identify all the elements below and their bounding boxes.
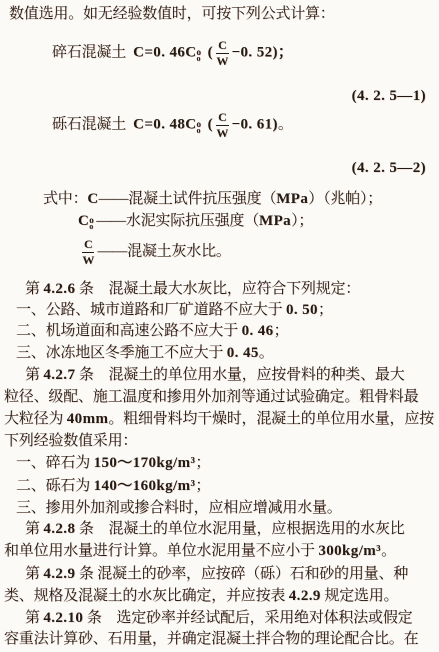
numeric-text: 4.2.10 bbox=[43, 610, 83, 626]
numeric-text: 4.2.8 bbox=[43, 521, 75, 537]
chinese-text: ——混凝土试件抗压强度（ bbox=[99, 191, 277, 207]
chinese-text: 粒径、级配、施工温度和掺用外加剂等通过试验确定。粗骨料最 bbox=[4, 389, 418, 405]
chinese-text: 条 混凝土的砂率，应按碎（砾）石和砂的用量、种 bbox=[75, 566, 408, 582]
c-zero-superscript-subscript-mark: oo bbox=[197, 121, 204, 134]
numeric-text: (4. 2. 5—2) bbox=[352, 160, 426, 176]
fraction-c-over-w: CW bbox=[216, 39, 228, 67]
chinese-text: 一、公路、城市道路和厂矿道路不应大于 bbox=[16, 302, 286, 318]
chinese-text: 。 bbox=[278, 117, 293, 133]
numeric-text: C=0. 48C bbox=[133, 117, 196, 133]
clause-4-2-6-item-3: 三、冰冻地区冬季施工不应大于 0. 45。 bbox=[16, 345, 274, 362]
chinese-text: 第 bbox=[25, 521, 43, 537]
numeric-text: (4. 2. 5—1) bbox=[352, 88, 426, 104]
chinese-text: 式中： bbox=[43, 191, 87, 207]
numeric-text: C=0. 46C bbox=[133, 45, 196, 61]
chinese-text: 类、规格及混凝土的水灰比确定，并应按表 bbox=[4, 588, 289, 604]
chinese-text: 条 选定砂率并经试配后，采用绝对体积法或假定 bbox=[83, 610, 412, 626]
numeric-text: 300kg/m³ bbox=[318, 543, 381, 559]
chinese-text: ）； bbox=[291, 213, 313, 229]
chinese-text: 。粗细骨料均干燥时，混凝土的单位用水量，应按 bbox=[108, 411, 434, 427]
clause-4-2-7-item-1: 一、碎石为 150～170kg/m³； bbox=[16, 455, 210, 472]
clause-4-2-10-line-2: 容重法计算砂、石用量，并确定混凝土拌合物的理论配合比。在 bbox=[4, 631, 418, 648]
clause-4-2-7-line-4: 下列经验数值采用： bbox=[4, 433, 137, 450]
clause-4-2-7-line-1: 第 4.2.7 条 混凝土的单位用水量，应按骨料的种类、最大 bbox=[25, 367, 405, 384]
chinese-text: 下列经验数值采用： bbox=[4, 433, 137, 449]
chinese-text: ； bbox=[195, 478, 210, 494]
numeric-text: 4.2.9 bbox=[43, 566, 75, 582]
clause-4-2-6-item-2: 二、机场道面和高速公路不应大于 0. 46； bbox=[16, 323, 288, 340]
chinese-text: 二、砾石为 bbox=[16, 478, 94, 494]
clause-4-2-10-line-1: 第 4.2.10 条 选定砂率并经试配后，采用绝对体积法或假定 bbox=[25, 610, 412, 627]
equation-number-4-2-5-2: (4. 2. 5—2) bbox=[352, 160, 426, 177]
chinese-text: ； bbox=[195, 455, 210, 471]
chinese-text: ； bbox=[274, 323, 289, 339]
numeric-text: 0. 45 bbox=[227, 345, 259, 361]
equation-number-4-2-5-1: (4. 2. 5—1) bbox=[352, 88, 426, 105]
chinese-text: 容重法计算砂、石用量，并确定混凝土拌合物的理论配合比。在 bbox=[4, 631, 418, 647]
numeric-text: −0. 52)； bbox=[232, 45, 294, 61]
clause-4-2-8-line-1: 第 4.2.8 条 混凝土的单位水泥用量，应根据选用的水灰比 bbox=[25, 521, 405, 538]
numeric-text: 4.2.9 bbox=[289, 588, 321, 604]
numeric-text: 140～160kg/m³ bbox=[94, 478, 196, 494]
numeric-text: ( bbox=[204, 45, 214, 61]
numeric-text: ( bbox=[204, 117, 214, 133]
chinese-text: ——混凝土灰水比。 bbox=[97, 244, 230, 260]
chinese-text: 条 混凝土的单位用水量，应按骨料的种类、最大 bbox=[75, 367, 404, 383]
clause-4-2-9-line-1: 第 4.2.9 条 混凝土的砂率，应按碎（砾）石和砂的用量、种 bbox=[25, 566, 408, 583]
clause-4-2-7-line-2: 粒径、级配、施工温度和掺用外加剂等通过试验确定。粗骨料最 bbox=[4, 389, 418, 406]
chinese-text: 三、冰冻地区冬季施工不应大于 bbox=[16, 345, 227, 361]
numeric-text: MPa bbox=[276, 191, 308, 207]
clause-4-2-8-line-2: 和单位用水量进行计算。单位水泥用量不应小于 300kg/m³。 bbox=[4, 543, 396, 560]
numeric-text: 4.2.6 bbox=[43, 281, 75, 297]
c-zero-superscript-subscript-mark: oo bbox=[197, 49, 204, 62]
clause-4-2-7-item-2: 二、砾石为 140～160kg/m³； bbox=[16, 478, 210, 495]
numeric-text: −0. 61) bbox=[232, 117, 278, 133]
formula-crushed-stone-concrete: 碎石混凝土 C=0. 46Coo (CW−0. 52)； bbox=[52, 39, 293, 67]
chinese-text: 第 bbox=[25, 367, 43, 383]
intro-line: 数值选用。如无经验数值时，可按下列公式计算： bbox=[9, 6, 335, 23]
chinese-text: 二、机场道面和高速公路不应大于 bbox=[16, 323, 242, 339]
where-clause-c: 式中：C——混凝土试件抗压强度（MPa）（兆帕）； bbox=[43, 191, 382, 208]
fraction-c-over-w: CW bbox=[82, 238, 94, 266]
chinese-text: 一、碎石为 bbox=[16, 455, 94, 471]
clause-4-2-9-line-2: 类、规格及混凝土的水灰比确定，并应按表 4.2.9 规定选用。 bbox=[4, 588, 398, 605]
numeric-text: C bbox=[78, 213, 89, 229]
numeric-text: 40mm bbox=[67, 411, 109, 427]
chinese-text: ）（兆帕）； bbox=[308, 191, 382, 207]
chinese-text: 数值选用。如无经验数值时，可按下列公式计算： bbox=[9, 6, 335, 22]
chinese-text: 砾石混凝土 bbox=[52, 117, 133, 133]
document-page: 数值选用。如无经验数值时，可按下列公式计算： 碎石混凝土 C=0. 46Coo … bbox=[0, 0, 439, 652]
chinese-text: 碎石混凝土 bbox=[52, 45, 133, 61]
where-clause-c0: Coo——水泥实际抗压强度（MPa）； bbox=[78, 213, 313, 230]
chinese-text: 第 bbox=[25, 610, 43, 626]
numeric-text: C bbox=[87, 191, 98, 207]
numeric-text: MPa bbox=[259, 213, 291, 229]
clause-4-2-7-line-3: 大粒径为 40mm。粗细骨料均干燥时，混凝土的单位用水量，应按 bbox=[4, 411, 434, 428]
chinese-text: 三、掺用外加剂或掺合料时，应相应增减用水量。 bbox=[16, 500, 342, 516]
chinese-text: 第 bbox=[25, 281, 43, 297]
numeric-text: 150～170kg/m³ bbox=[94, 455, 196, 471]
clause-4-2-7-item-3: 三、掺用外加剂或掺合料时，应相应增减用水量。 bbox=[16, 500, 342, 517]
chinese-text: 和单位用水量进行计算。单位水泥用量不应小于 bbox=[4, 543, 318, 559]
chinese-text: 条 混凝土最大水灰比，应符合下列规定： bbox=[75, 281, 360, 297]
chinese-text: 条 混凝土的单位水泥用量，应根据选用的水灰比 bbox=[75, 521, 404, 537]
numeric-text: 0. 46 bbox=[242, 323, 274, 339]
clause-4-2-6-item-1: 一、公路、城市道路和厂矿道路不应大于 0. 50； bbox=[16, 302, 333, 319]
clause-4-2-6-heading: 第 4.2.6 条 混凝土最大水灰比，应符合下列规定： bbox=[25, 281, 360, 298]
fraction-c-over-w: CW bbox=[216, 111, 228, 139]
numeric-text: 0. 50 bbox=[286, 302, 318, 318]
chinese-text: 规定选用。 bbox=[321, 588, 399, 604]
chinese-text: ——水泥实际抗压强度（ bbox=[96, 213, 259, 229]
numeric-text: 4.2.7 bbox=[43, 367, 75, 383]
formula-gravel-concrete: 砾石混凝土 C=0. 48Coo (CW−0. 61)。 bbox=[52, 111, 293, 139]
chinese-text: 。 bbox=[381, 543, 396, 559]
chinese-text: 第 bbox=[25, 566, 43, 582]
where-clause-c-over-w: CW——混凝土灰水比。 bbox=[79, 238, 231, 266]
chinese-text: 大粒径为 bbox=[4, 411, 67, 427]
chinese-text: ； bbox=[318, 302, 333, 318]
chinese-text: 。 bbox=[259, 345, 274, 361]
